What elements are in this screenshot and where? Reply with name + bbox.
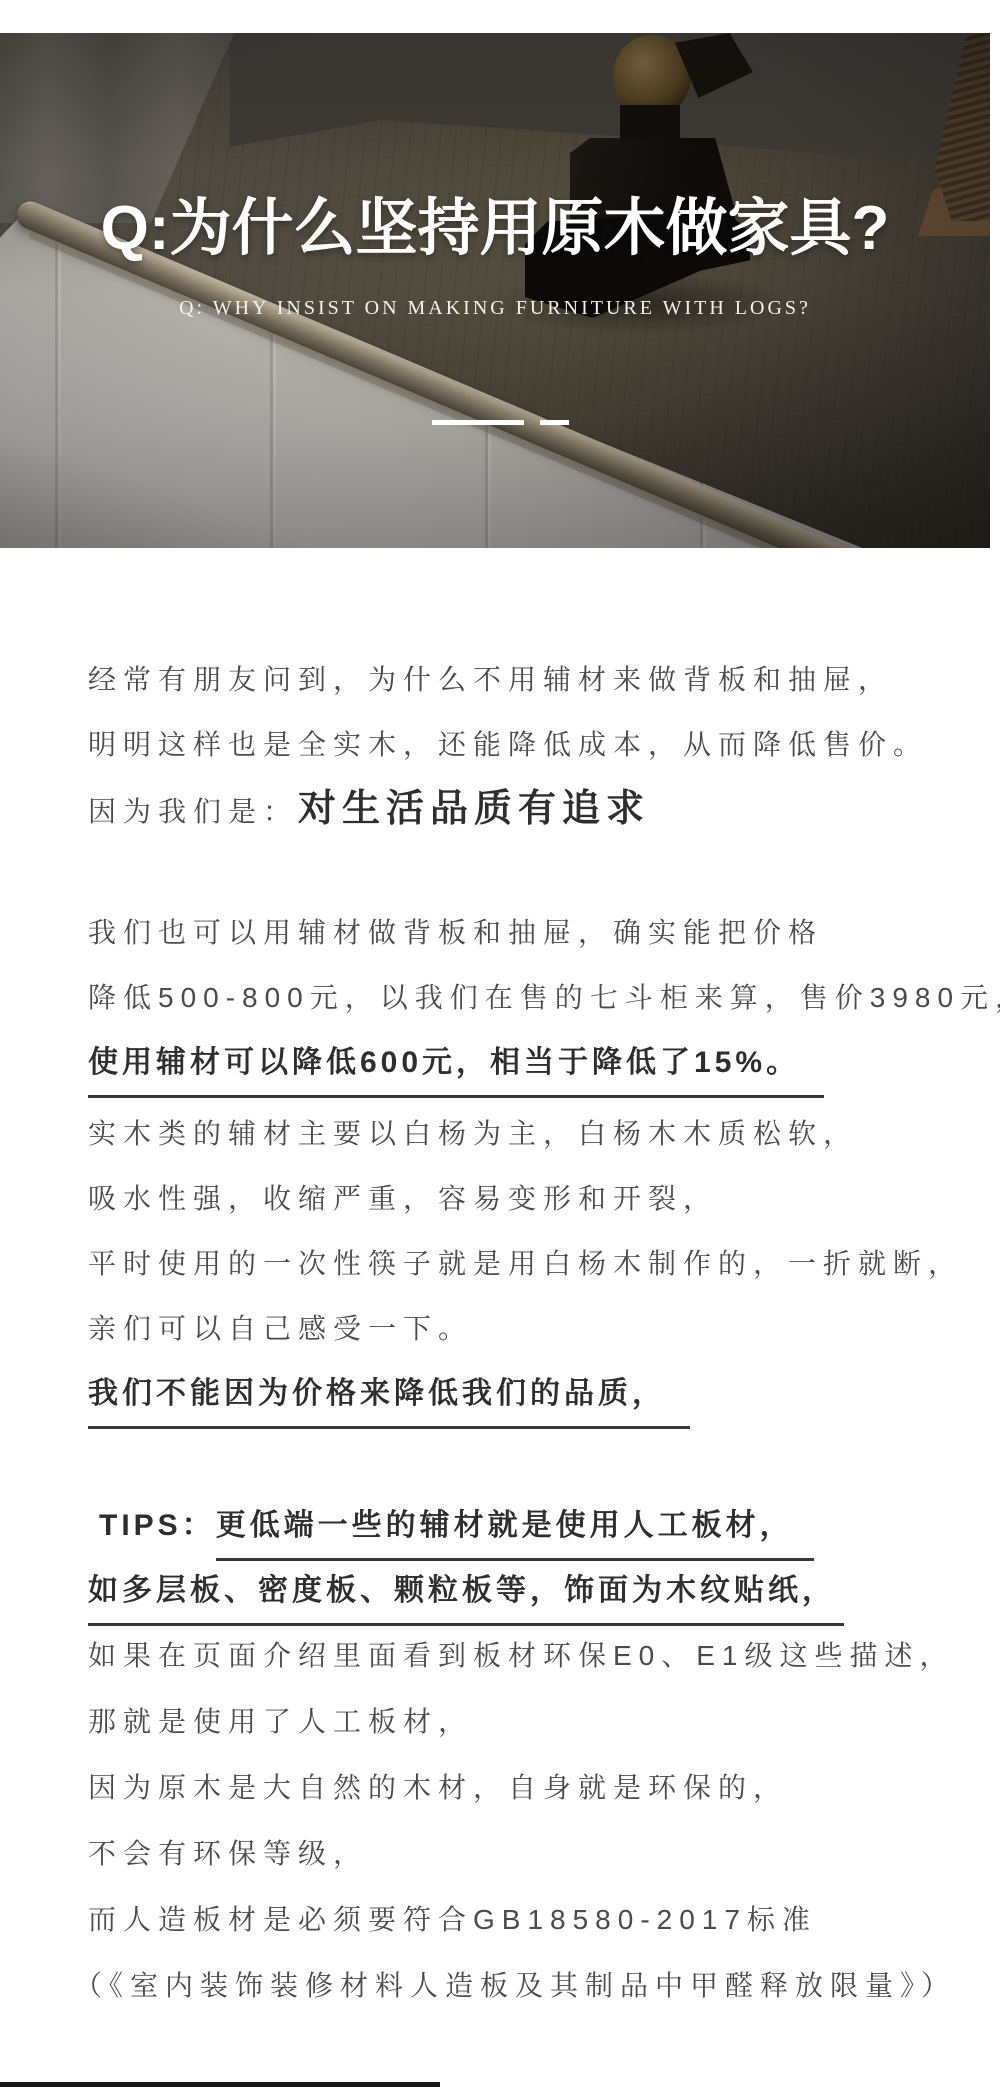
emphasis-quality-pursuit: 对生活品质有追求 [298, 788, 650, 830]
divider-dash-long [432, 420, 524, 425]
text-line-prefix: 因为我们是： [88, 796, 298, 827]
article-body: 经常有朋友问到，为什么不用辅材来做背板和抽屉， 明明这样也是全实木，还能降低成本… [0, 548, 1000, 2019]
text-line-citation: （《室内装饰装修材料人造板及其制品中甲醛释放限量》） [0, 1953, 1000, 2019]
underlined-text: 更低端一些的辅材就是使用人工板材， [216, 1493, 814, 1561]
tips-label-text: TIPS： [99, 1509, 216, 1542]
next-section-edge [0, 2082, 440, 2087]
text-line: 因为我们是：对生活品质有追求 [0, 777, 1000, 842]
text-line: 那就是使用了人工板材， [0, 1689, 1000, 1755]
paragraph-poplar: 实木类的辅材主要以白杨为主，白杨木木质松软， 吸水性强，收缩严重，容易变形和开裂… [0, 1101, 1000, 1426]
text-line: 实木类的辅材主要以白杨为主，白杨木木质松软， [0, 1101, 1000, 1166]
underlined-text: 我们不能因为价格来降低我们的品质， [88, 1361, 690, 1429]
underlined-text: 使用辅材可以降低600元，相当于降低了15%。 [88, 1030, 824, 1098]
text-line-emphasis: 使用辅材可以降低600元，相当于降低了15%。 [0, 1030, 1000, 1095]
text-line: 因为原木是大自然的木材，自身就是环保的， [0, 1755, 1000, 1821]
text-line: 吸水性强，收缩严重，容易变形和开裂， [0, 1166, 1000, 1231]
text-line: 而人造板材是必须要符合GB18580-2017标准 [0, 1887, 1000, 1953]
hero-photo [0, 33, 990, 548]
hero-section: Q:为什么坚持用原木做家具? Q: WHY INSIST ON MAKING F… [0, 0, 1000, 548]
paragraph-price: 我们也可以用辅材做背板和抽屉，确实能把价格 降低500-800元，以我们在售的七… [0, 900, 1000, 1095]
product-detail-page: Q:为什么坚持用原木做家具? Q: WHY INSIST ON MAKING F… [0, 0, 1000, 2087]
text-line: 降低500-800元，以我们在售的七斗柜来算，售价3980元， [0, 965, 1000, 1030]
paragraph-intro: 经常有朋友问到，为什么不用辅材来做背板和抽屉， 明明这样也是全实木，还能降低成本… [0, 647, 1000, 842]
text-line: 平时使用的一次性筷子就是用白杨木制作的，一折就断， [0, 1231, 1000, 1296]
text-line: 经常有朋友问到，为什么不用辅材来做背板和抽屉， [0, 647, 1000, 712]
tips-block: TIPS：更低端一些的辅材就是使用人工板材， 如多层板、密度板、颗粒板等，饰面为… [0, 1493, 1000, 1623]
tips-line: TIPS：更低端一些的辅材就是使用人工板材， [0, 1493, 1000, 1558]
text-line: 不会有环保等级， [0, 1821, 1000, 1887]
text-line: 我们也可以用辅材做背板和抽屉，确实能把价格 [0, 900, 1000, 965]
hero-subtitle: Q: WHY INSIST ON MAKING FURNITURE WITH L… [0, 296, 990, 320]
divider-dash-short [540, 420, 569, 425]
paragraph-standards: 如果在页面介绍里面看到板材环保E0、E1级这些描述， 那就是使用了人工板材， 因… [0, 1623, 1000, 2019]
underlined-text: 如多层板、密度板、颗粒板等，饰面为木纹贴纸， [88, 1558, 844, 1626]
text-line: 如果在页面介绍里面看到板材环保E0、E1级这些描述， [0, 1623, 1000, 1689]
tips-line: 如多层板、密度板、颗粒板等，饰面为木纹贴纸， [0, 1558, 1000, 1623]
text-line: 明明这样也是全实木，还能降低成本，从而降低售价。 [0, 712, 1000, 777]
text-line-emphasis: 我们不能因为价格来降低我们的品质， [0, 1361, 1000, 1426]
photo-dark-overlay [0, 33, 990, 548]
hero-title: Q:为什么坚持用原木做家具? [0, 198, 990, 260]
text-line: 亲们可以自己感受一下。 [0, 1296, 1000, 1361]
